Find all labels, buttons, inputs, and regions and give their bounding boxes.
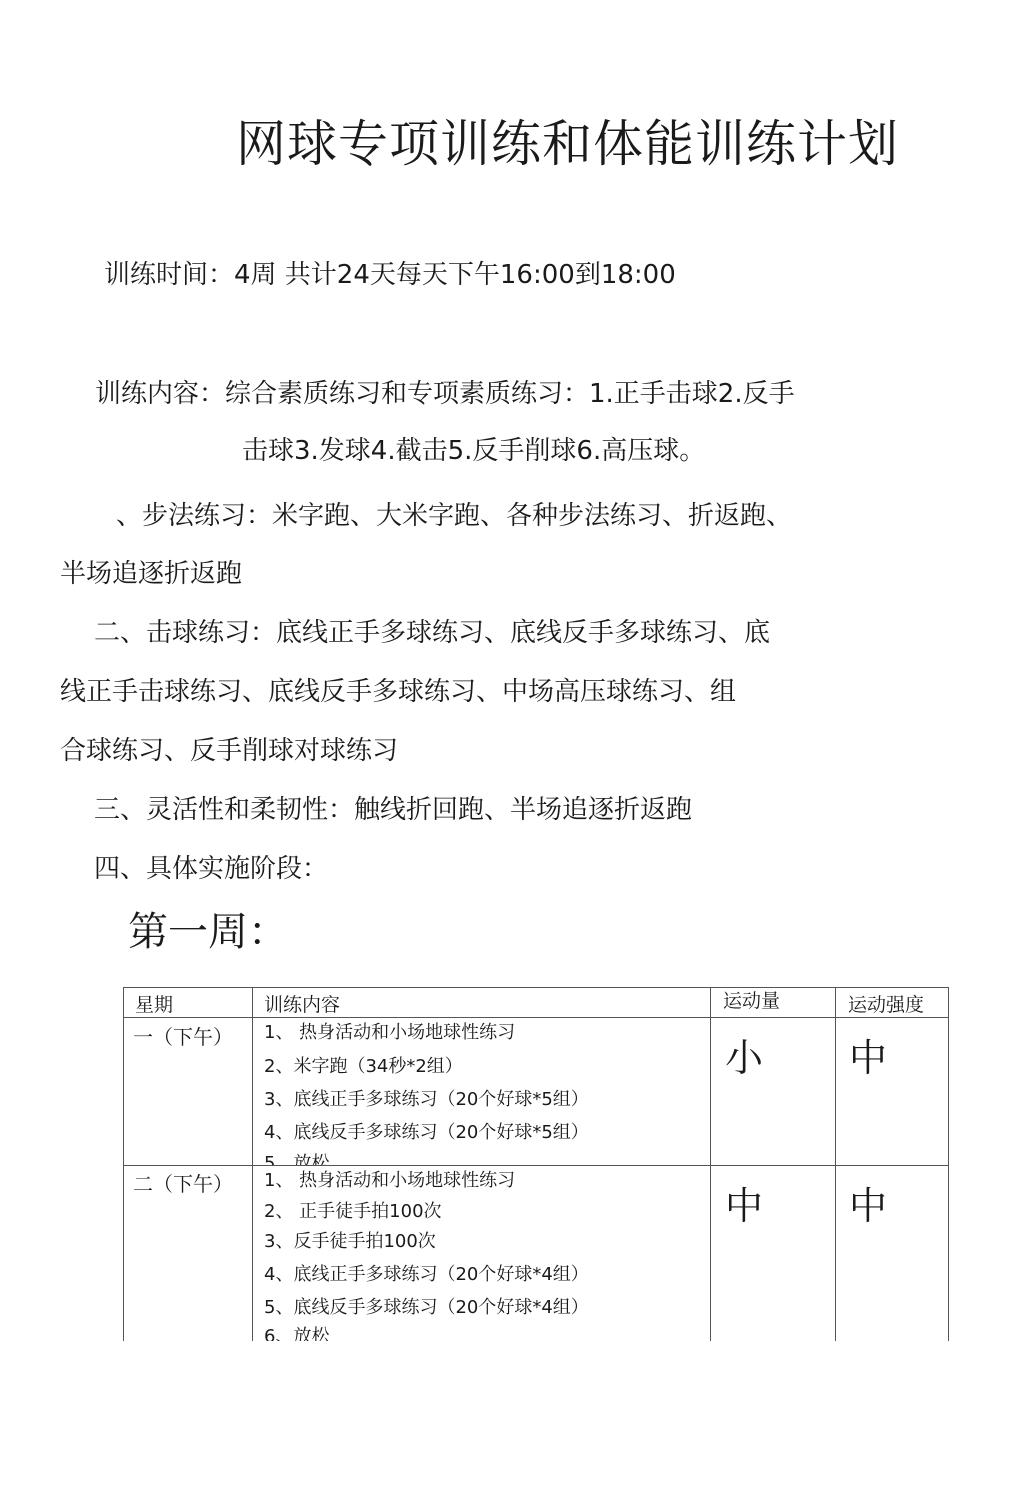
training-time: 训练时间：4周 共计24天每天下午16:00到18:00 [104,254,676,291]
row-2-item-1: 1、 热身活动和小场地球性练习 [264,1166,515,1192]
row-2-item-6: 6、放松 [264,1322,329,1341]
row-2-item-4: 4、底线正手多球练习（20个好球*4组） [264,1260,589,1286]
section-hitting-line-3: 合球练习、反手削球对球练习 [60,730,398,767]
training-content-line-1: 训练内容：综合素质练习和专项素质练习：1.正手击球2.反手 [95,373,795,410]
row-1-item-1: 1、 热身活动和小场地球性练习 [264,1018,515,1044]
row-1-volume: 小 [725,1027,763,1082]
row-2-volume: 中 [725,1175,763,1230]
header-intensity: 运动强度 [848,990,924,1017]
week-heading: 第一周： [128,900,288,957]
section-footwork-line-1: 、步法练习：米字跑、大米字跑、各种步法练习、折返跑、 [116,495,792,532]
table-border-top [123,987,949,988]
row-2-item-5: 5、底线反手多球练习（20个好球*4组） [264,1293,589,1319]
section-footwork-line-2: 半场追逐折返跑 [60,553,242,590]
section-agility: 三、灵活性和柔韧性：触线折回跑、半场追逐折返跑 [94,789,692,826]
row-1-item-2: 2、米字跑（34秒*2组） [264,1052,463,1078]
table-border-left [123,987,124,1341]
section-hitting-line-1: 二、击球练习：底线正手多球练习、底线反手多球练习、底 [94,612,770,649]
section-implementation: 四、具体实施阶段： [94,848,328,885]
row-1-day: 一（下午） [133,1021,233,1050]
row-1-item-4: 4、底线反手多球练习（20个好球*5组） [264,1118,589,1144]
header-training-content: 训练内容 [264,990,340,1017]
table-col-divider-2 [710,987,711,1341]
row-1-items: 1、 热身活动和小场地球性练习 2、米字跑（34秒*2组） 3、底线正手多球练习… [253,1018,709,1165]
table-border-right [948,987,949,1341]
row-2-item-2: 2、 正手徒手拍100次 [264,1197,442,1223]
row-2-intensity: 中 [849,1175,887,1230]
training-content-line-2: 击球3.发球4.截击5.反手削球6.高压球。 [242,430,705,467]
row-1-intensity: 中 [849,1027,887,1082]
row-2-item-3: 3、反手徒手拍100次 [264,1227,436,1253]
row-1-item-3: 3、底线正手多球练习（20个好球*5组） [264,1085,589,1111]
section-hitting-line-2: 线正手击球练习、底线反手多球练习、中场高压球练习、组 [60,671,736,708]
document-title: 网球专项训练和体能训练计划 [236,104,899,176]
row-1-item-5: 5、放松 [264,1149,329,1165]
header-volume: 运动量 [723,986,780,1013]
row-2-day: 二（下午） [133,1168,233,1197]
week-one-schedule-table: 星期 训练内容 运动量 运动强度 一（下午） 1、 热身活动和小场地球性练习 2… [123,987,949,1341]
row-2-items: 1、 热身活动和小场地球性练习 2、 正手徒手拍100次 3、反手徒手拍100次… [253,1166,709,1341]
table-col-divider-3 [835,987,836,1341]
header-weekday: 星期 [135,990,173,1017]
